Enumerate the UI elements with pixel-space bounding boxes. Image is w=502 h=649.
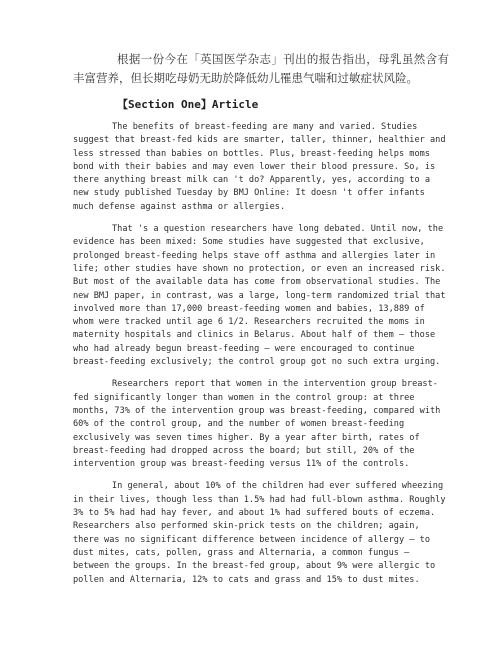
section-one-heading: 【Section One】Article bbox=[73, 97, 449, 112]
article-paragraph-1: The benefits of breast-feeding are many … bbox=[73, 121, 449, 214]
article-paragraph-3: Researchers report that women in the int… bbox=[73, 378, 449, 471]
intro-paragraph-chinese: 根据一份今在「英国医学杂志」刊出的报告指出，母乳虽然含有丰富营养，但长期吃母奶无… bbox=[73, 50, 449, 88]
document-page: 根据一份今在「英国医学杂志」刊出的报告指出，母乳虽然含有丰富营养，但长期吃母奶无… bbox=[0, 0, 502, 649]
article-paragraph-2: That 's a question researchers have long… bbox=[73, 223, 449, 369]
article-paragraph-4: In general, about 10% of the children ha… bbox=[73, 480, 449, 586]
document-content: 根据一份今在「英国医学杂志」刊出的报告指出，母乳虽然含有丰富营养，但长期吃母奶无… bbox=[73, 50, 449, 587]
